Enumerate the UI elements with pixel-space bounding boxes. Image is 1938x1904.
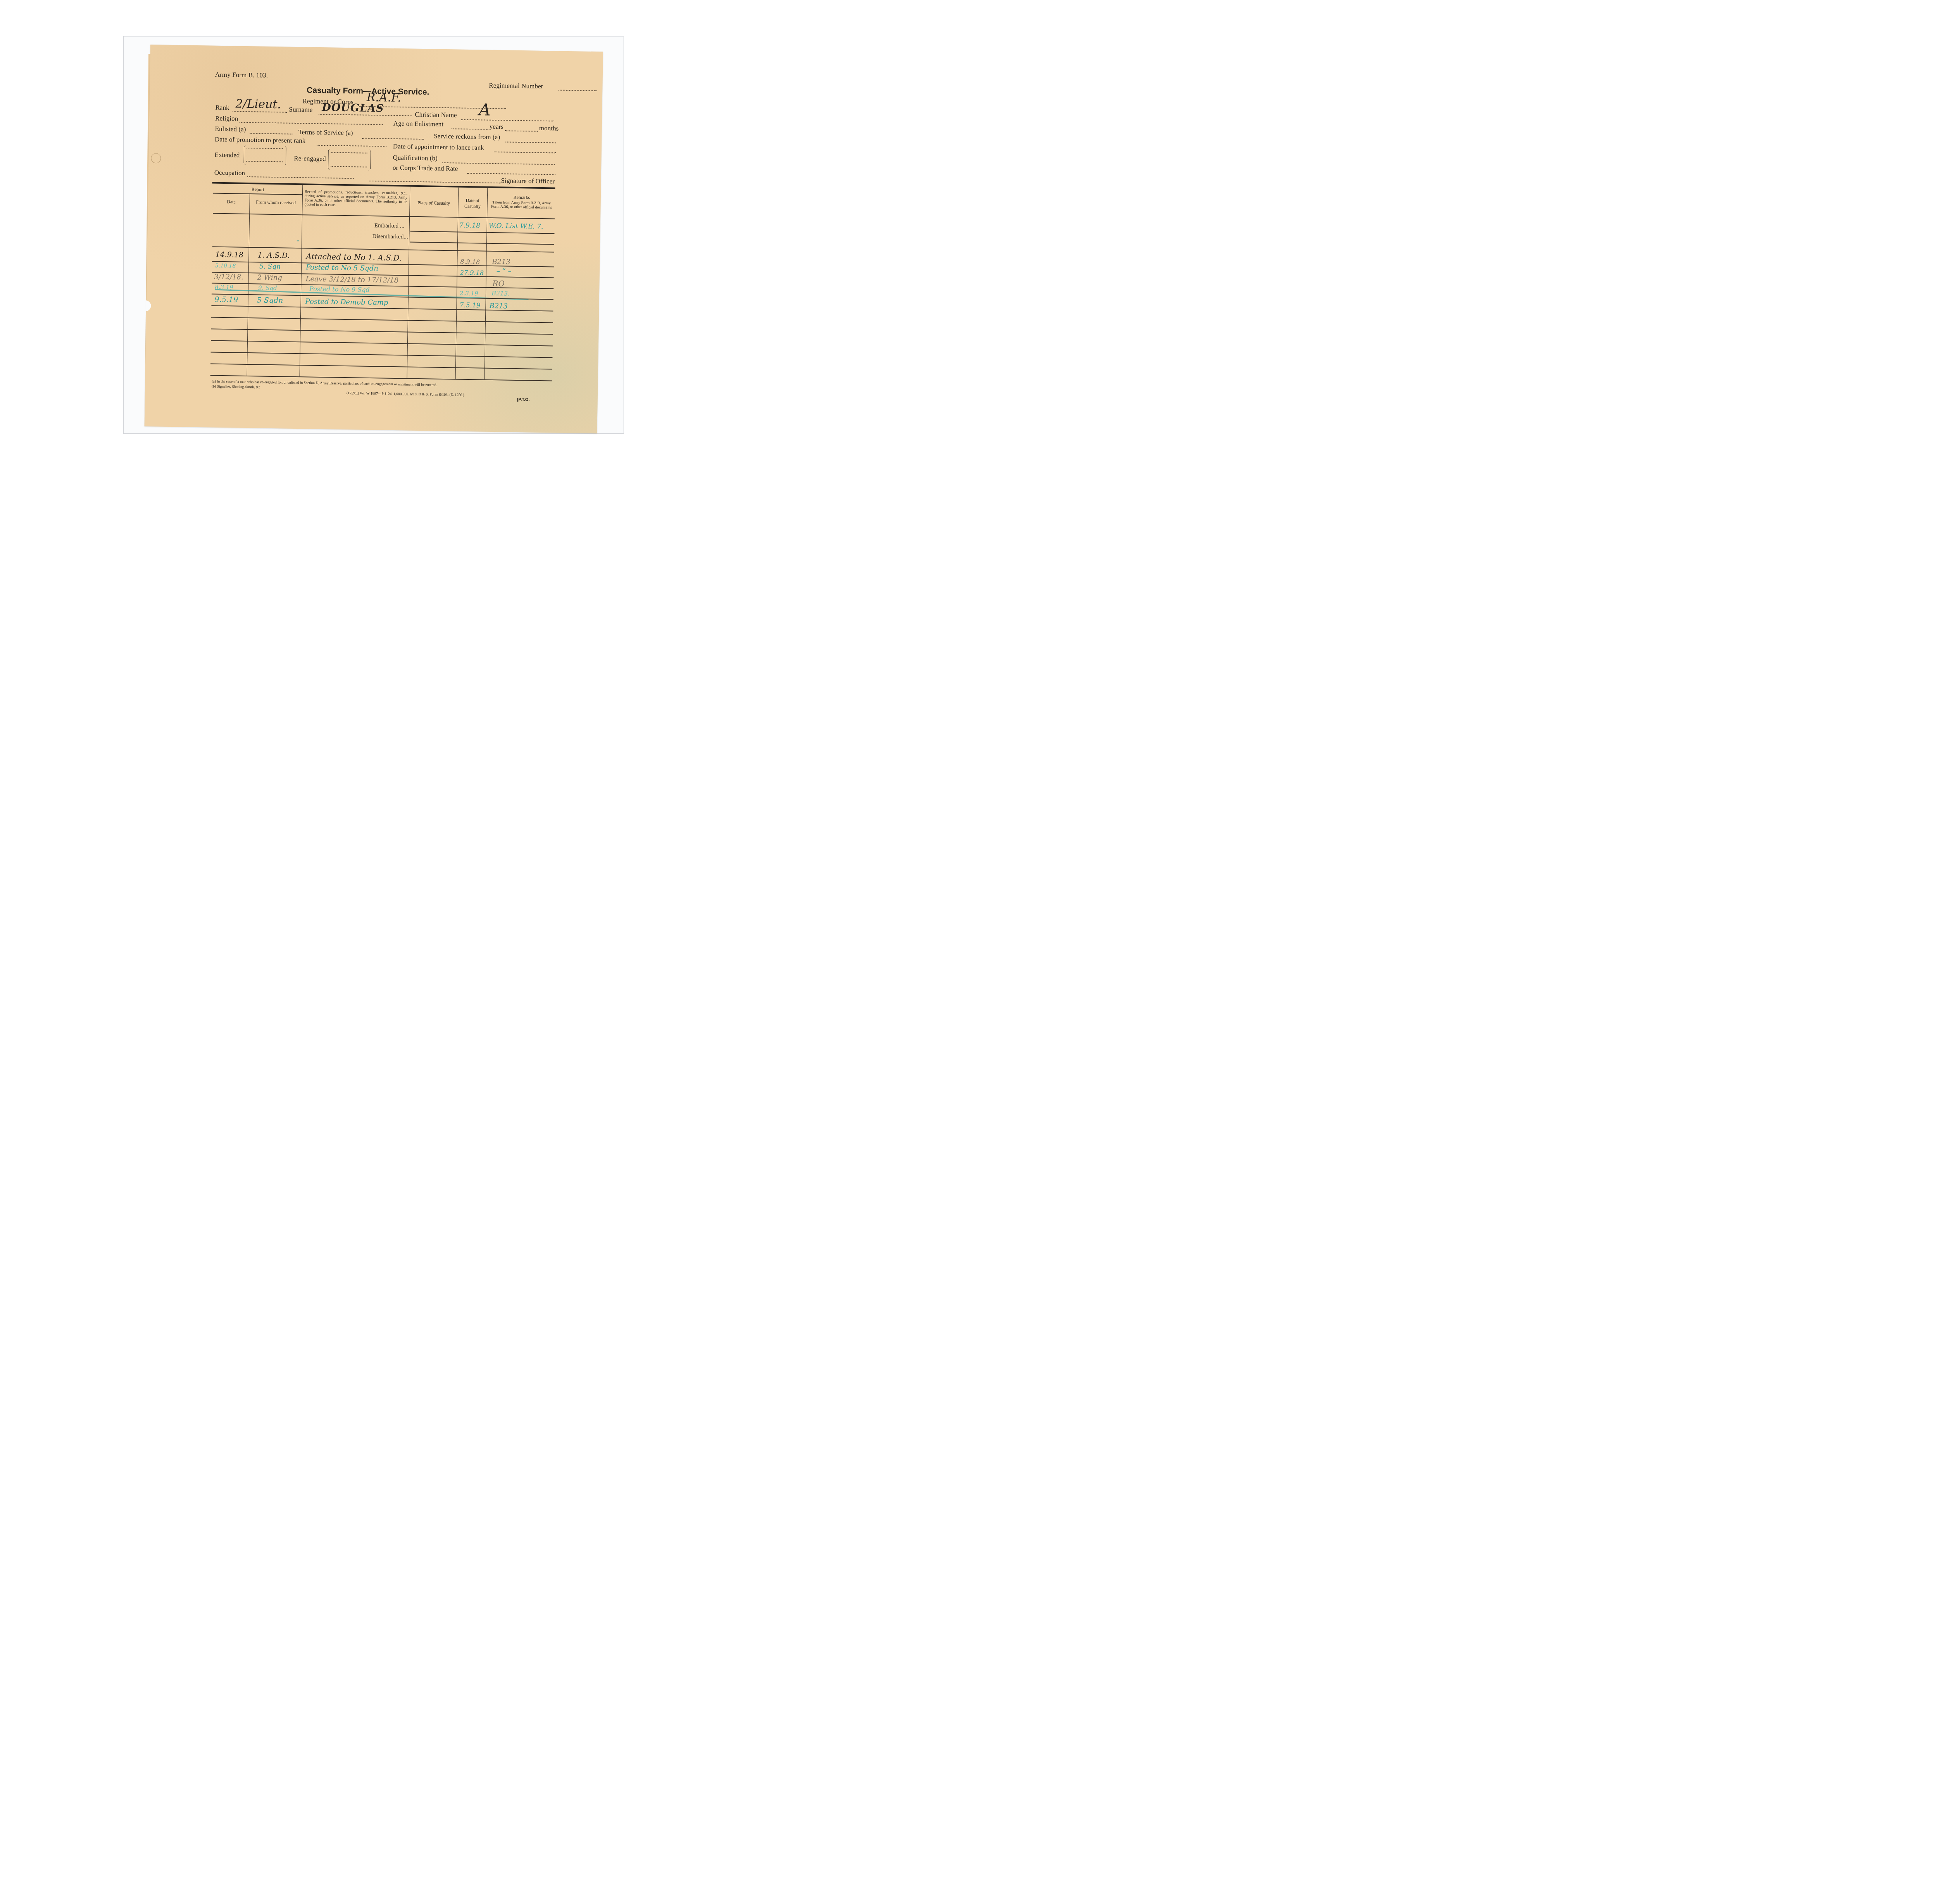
row-rule bbox=[210, 364, 552, 369]
signature-label: Signature of Officer bbox=[501, 177, 555, 185]
christian-name-label: Christian Name bbox=[415, 111, 457, 119]
corps-trade-label: or Corps Trade and Rate bbox=[393, 164, 458, 173]
row-1-remarks: B213 bbox=[492, 258, 510, 266]
regimental-number-field[interactable] bbox=[559, 90, 597, 91]
christian-name-value: A bbox=[479, 100, 491, 119]
lance-rank-field[interactable] bbox=[494, 152, 556, 153]
ink-dash-mark: - bbox=[297, 236, 299, 245]
rank-value: 2/Lieut. bbox=[235, 97, 281, 111]
col-divider-4 bbox=[455, 188, 459, 379]
footnote-b: (b) Signaller, Shoeing-Smith, &c bbox=[212, 385, 260, 390]
row-2-remarks: – ” – bbox=[497, 267, 512, 276]
terms-field[interactable] bbox=[362, 138, 424, 140]
th-remarks: Remarks bbox=[487, 194, 556, 201]
corps-trade-field[interactable] bbox=[467, 173, 555, 175]
row-rule bbox=[211, 329, 553, 335]
service-reckons-label: Service reckons from (a) bbox=[434, 133, 500, 141]
th-remarks-sub: Taken from Army Form B.213, Army Form A.… bbox=[490, 200, 553, 210]
col-divider-3 bbox=[407, 187, 410, 378]
row-rule bbox=[211, 317, 553, 323]
promotion-field[interactable] bbox=[317, 145, 386, 147]
row-2-record: Posted to No 5 Sqdn bbox=[306, 263, 378, 272]
casualty-form: Army Form B. 103. Regimental Number Casu… bbox=[145, 45, 603, 433]
age-months-field[interactable] bbox=[505, 130, 538, 131]
col-divider-1 bbox=[247, 193, 250, 376]
row-5-remarks: B213 bbox=[489, 302, 508, 310]
disembarked-rule bbox=[410, 242, 554, 245]
th-from-whom: From whom received bbox=[250, 199, 302, 206]
disembarked-label: Disembarked... bbox=[372, 233, 408, 240]
form-number: Army Form B. 103. bbox=[215, 71, 268, 79]
row-1-date-of-casualty: 8.9.18 bbox=[460, 258, 480, 266]
signature-field[interactable] bbox=[369, 181, 501, 183]
religion-field[interactable] bbox=[240, 122, 383, 125]
th-place: Place of Casualty bbox=[410, 200, 458, 207]
col-divider-2 bbox=[300, 185, 303, 376]
service-reckons-field[interactable] bbox=[505, 141, 556, 143]
embarked-rule bbox=[410, 231, 555, 234]
row-5-from: 5 Sqdn bbox=[257, 296, 283, 305]
promotion-label: Date of promotion to present rank bbox=[215, 136, 305, 145]
row-1-date: 14.9.18 bbox=[215, 250, 243, 259]
enlisted-field[interactable] bbox=[250, 133, 292, 135]
qualification-label: Qualification (b) bbox=[393, 154, 438, 162]
th-record: Record of promotions. reductions, transf… bbox=[304, 190, 407, 208]
row-2-from: 5. Sqn bbox=[259, 262, 281, 271]
row-5-record: Posted to Demob Camp bbox=[305, 297, 388, 307]
qualification-field[interactable] bbox=[442, 162, 555, 165]
header-bottom-rule bbox=[213, 213, 555, 219]
rank-label: Rank bbox=[215, 104, 229, 112]
th-date-of-casualty: Date of Casualty bbox=[458, 198, 487, 210]
pto-mark: [P.T.O. bbox=[517, 397, 530, 402]
extended-label: Extended bbox=[214, 151, 240, 159]
row-rule bbox=[211, 340, 553, 346]
row-3-date: 3/12/18. bbox=[214, 273, 243, 281]
row-2-date-of-casualty: 27.9.18 bbox=[460, 269, 484, 277]
row-1-from: 1. A.S.D. bbox=[257, 251, 290, 260]
regimental-number-label: Regimental Number bbox=[489, 82, 543, 90]
occupation-label: Occupation bbox=[214, 169, 245, 177]
row-3-remarks: RO bbox=[492, 279, 505, 288]
row-4-date-of-casualty: 2.3.19 bbox=[460, 290, 478, 297]
table-bottom-rule bbox=[210, 375, 552, 381]
row-1-record: Attached to No 1. A.S.D. bbox=[306, 252, 402, 262]
row-3-record: Leave 3/12/18 to 17/12/18 bbox=[305, 275, 398, 285]
embarked-date: 7.9.18 bbox=[459, 222, 480, 230]
row-5-date-of-casualty: 7.5.19 bbox=[459, 302, 480, 310]
punch-hole bbox=[151, 153, 161, 163]
col-divider-5 bbox=[484, 188, 488, 379]
religion-label: Religion bbox=[215, 115, 238, 123]
row-4-remarks: B213. bbox=[491, 290, 510, 297]
age-months-label: months bbox=[539, 124, 559, 133]
edge-notch bbox=[145, 300, 151, 311]
age-years-label: years bbox=[490, 123, 504, 131]
th-report: Report bbox=[213, 186, 302, 193]
embarked-remarks: W.O. List W.E. 7. bbox=[489, 222, 543, 231]
row-rule bbox=[211, 352, 553, 358]
embarked-label: Embarked ... bbox=[374, 222, 405, 229]
re-engaged-label: Re-engaged bbox=[294, 155, 326, 163]
enlisted-label: Enlisted (a) bbox=[215, 125, 246, 133]
th-date: Date bbox=[213, 199, 250, 205]
row-5-date: 9.5.19 bbox=[215, 295, 238, 304]
surname-value: DOUGLAS bbox=[322, 102, 384, 115]
lance-rank-label: Date of appointment to lance rank bbox=[393, 143, 484, 152]
report-subrule bbox=[213, 193, 302, 195]
occupation-field[interactable] bbox=[247, 176, 354, 179]
christian-name-field[interactable] bbox=[461, 119, 554, 122]
row-2-date: 5.10.18 bbox=[215, 263, 236, 269]
print-line: (17591.) Wt. W 1887—P 1124. 1,000,000. 6… bbox=[347, 391, 464, 398]
age-label: Age on Enlistment bbox=[393, 120, 443, 128]
age-years-field[interactable] bbox=[452, 128, 488, 129]
terms-label: Terms of Service (a) bbox=[298, 128, 353, 137]
row-3-from: 2 Wing bbox=[257, 273, 282, 282]
surname-label: Surname bbox=[289, 106, 312, 114]
